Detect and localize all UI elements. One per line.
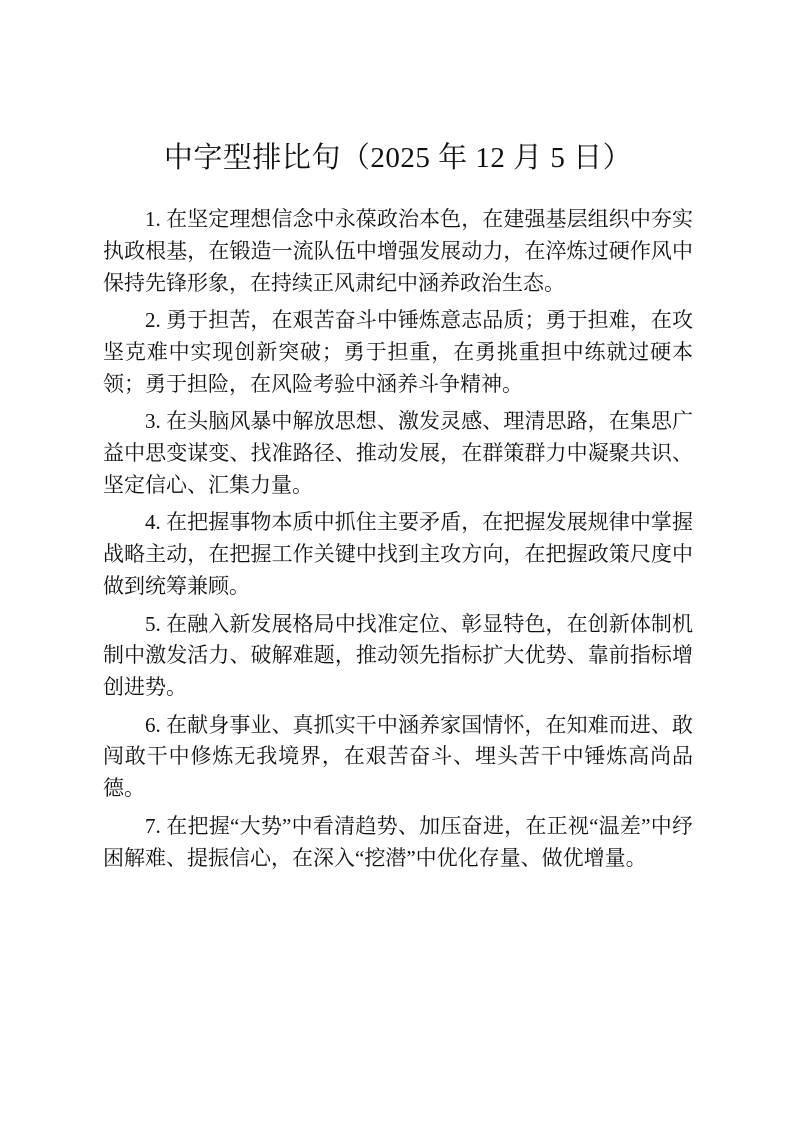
document-page: 中字型排比句（2025 年 12 月 5 日） 1. 在坚定理想信念中永葆政治本… xyxy=(0,0,793,1121)
paragraph-4: 4. 在把握事物本质中抓住主要矛盾，在把握发展规律中掌握战略主动，在把握工作关键… xyxy=(103,507,693,602)
paragraph-6: 6. 在献身事业、真抓实干中涵养家国情怀，在知难而进、敢闯敢干中修炼无我境界，在… xyxy=(103,710,693,805)
document-title: 中字型排比句（2025 年 12 月 5 日） xyxy=(103,139,693,178)
paragraph-7: 7. 在把握“大势”中看清趋势、加压奋进，在正视“温差”中纾困解难、提振信心，在… xyxy=(103,811,693,874)
paragraph-1: 1. 在坚定理想信念中永葆政治本色，在建强基层组织中夯实执政根基，在锻造一流队伍… xyxy=(103,204,693,299)
paragraph-5: 5. 在融入新发展格局中找准定位、彰显特色，在创新体制机制中激发活力、破解难题，… xyxy=(103,609,693,704)
paragraph-3: 3. 在头脑风暴中解放思想、激发灵感、理清思路，在集思广益中思变谋变、找准路径、… xyxy=(103,406,693,501)
document-body: 1. 在坚定理想信念中永葆政治本色，在建强基层组织中夯实执政根基，在锻造一流队伍… xyxy=(103,204,693,874)
paragraph-2: 2. 勇于担苦，在艰苦奋斗中锤炼意志品质；勇于担难，在攻坚克难中实现创新突破；勇… xyxy=(103,305,693,400)
